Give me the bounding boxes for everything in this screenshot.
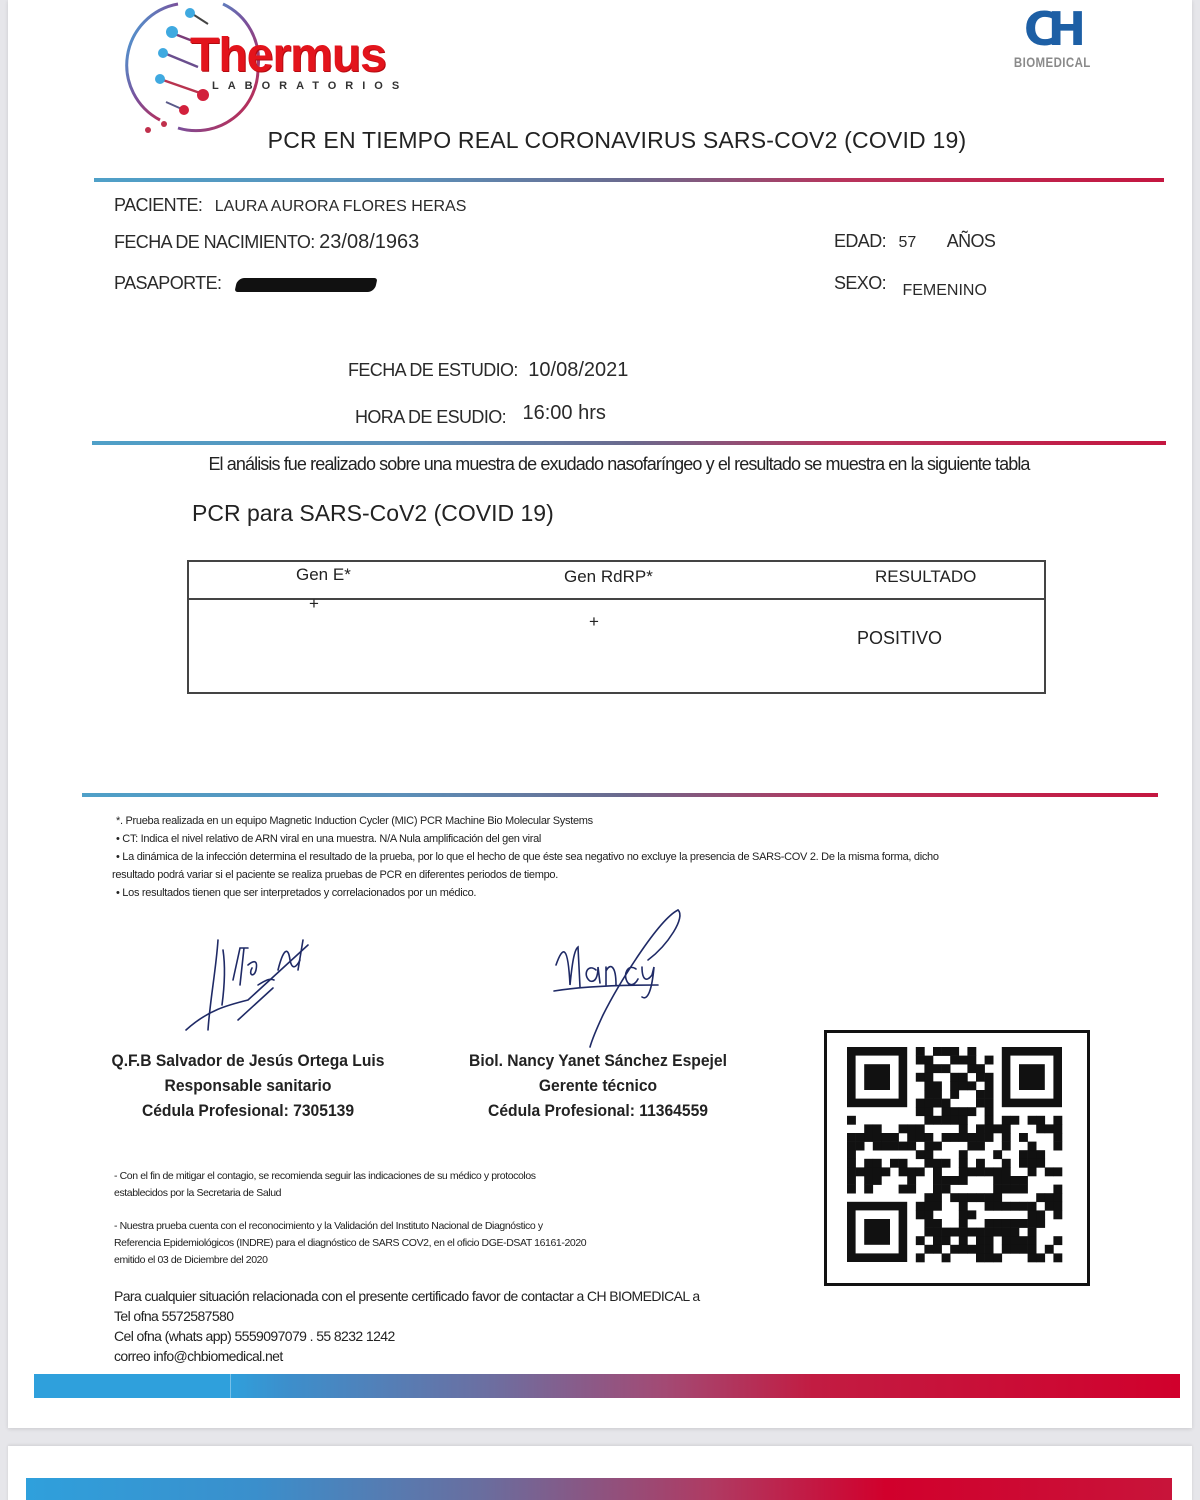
lab-subtitle: LABORATORIOS <box>212 80 408 92</box>
study-date-row: FECHA DE ESTUDIO: 10/08/2021 <box>348 359 628 382</box>
qr-code[interactable] <box>824 1030 1090 1286</box>
footnote: resultado podrá variar si el paciente se… <box>112 866 1106 884</box>
recommendation-line: - Con el fin de mitigar el contagio, se … <box>114 1168 694 1185</box>
footnote: • La dinámica de la infección determina … <box>116 848 1106 866</box>
ch-mark-icon: CH <box>1006 4 1094 54</box>
contact-cel: Cel ofna (whats app) 5559097079 . 55 823… <box>114 1326 700 1346</box>
signer-license: Cédula Profesional: 11364559 <box>451 1098 745 1123</box>
study-time: 16:00 hrs <box>523 402 606 424</box>
divider-line <box>92 441 1166 445</box>
result-table: Gen E* Gen RdRP* RESULTADO + + POSITIVO <box>187 560 1046 694</box>
lab-name: Thermus <box>190 28 386 83</box>
signer-role: Responsable sanitario <box>101 1073 395 1098</box>
column-header-gen-e: Gen E* <box>296 565 351 585</box>
study-time-row: HORA DE ESUDIO: 16:00 hrs <box>355 406 606 429</box>
passport-label: PASAPORTE: <box>114 273 221 293</box>
patient-name: LAURA AURORA FLORES HERAS <box>215 198 467 215</box>
passport-redacted <box>234 278 377 292</box>
age-row: EDAD: 57 AÑOS <box>834 231 995 252</box>
contact-intro: Para cualquier situación relacionada con… <box>114 1286 700 1306</box>
qr-code-icon <box>827 1033 1081 1277</box>
contact-info: Para cualquier situación relacionada con… <box>114 1286 700 1366</box>
recommendation-line: - Nuestra prueba cuenta con el reconocim… <box>114 1218 694 1235</box>
patient-name-row: PACIENTE: LAURA AURORA FLORES HERAS <box>114 195 466 216</box>
certificate-page: Thermus LABORATORIOS CH BIOMEDICAL PCR E… <box>8 0 1192 1428</box>
recommendation-line: Referencia Epidemiológicos (INDRE) para … <box>114 1235 694 1252</box>
column-header-resultado: RESULTADO <box>875 567 976 587</box>
study-date: 10/08/2021 <box>528 359 628 381</box>
recommendation-2: - Nuestra prueba cuenta con el reconocim… <box>114 1218 694 1269</box>
age-value: 57 <box>898 234 916 251</box>
age-unit: AÑOS <box>947 231 996 251</box>
dob-value: 23/08/1963 <box>319 231 419 253</box>
study-date-label: FECHA DE ESTUDIO: <box>348 360 518 380</box>
gen-e-value: + <box>309 594 319 614</box>
thermus-logo: Thermus LABORATORIOS <box>108 0 438 135</box>
footer-gradient-bar <box>34 1374 1180 1398</box>
recommendation-line: emitido el 03 de Diciembre del 2020 <box>114 1252 694 1269</box>
footnote: • CT: Indica el nivel relativo de ARN vi… <box>116 830 1106 848</box>
footnotes: *. Prueba realizada en un equipo Magneti… <box>116 812 1106 902</box>
recommendation-line: establecidos por la Secretaria de Salud <box>114 1185 694 1202</box>
signer-block-1: Q.F.B Salvador de Jesús Ortega Luis Resp… <box>101 1048 395 1123</box>
divider-line <box>94 178 1164 182</box>
next-page-gradient-bar <box>26 1478 1172 1500</box>
dob-label: FECHA DE NACIMIENTO: <box>114 232 315 252</box>
study-time-label: HORA DE ESUDIO: <box>355 407 506 427</box>
result-value: POSITIVO <box>857 628 942 649</box>
divider-line <box>82 793 1158 797</box>
signer-name: Biol. Nancy Yanet Sánchez Espejel <box>451 1048 745 1073</box>
signature-salvador-icon <box>178 930 318 1040</box>
footnote: *. Prueba realizada en un equipo Magneti… <box>116 812 1106 830</box>
age-label: EDAD: <box>834 231 886 251</box>
contact-email[interactable]: correo info@chbiomedical.net <box>114 1346 700 1366</box>
footnote: • Los resultados tienen que ser interpre… <box>116 884 1106 902</box>
analysis-intro: El análisis fue realizado sobre una mues… <box>8 454 1200 475</box>
signature-nancy-icon <box>548 905 688 1050</box>
signer-block-2: Biol. Nancy Yanet Sánchez Espejel Gerent… <box>451 1048 745 1123</box>
signer-role: Gerente técnico <box>451 1073 745 1098</box>
contact-tel: Tel ofna 5572587580 <box>114 1306 700 1326</box>
sex-label: SEXO: <box>834 273 886 293</box>
column-header-gen-rdrp: Gen RdRP* <box>564 567 653 587</box>
passport-row: PASAPORTE: <box>114 273 376 294</box>
gen-rdrp-value: + <box>589 612 599 632</box>
signer-name: Q.F.B Salvador de Jesús Ortega Luis <box>101 1048 395 1073</box>
patient-name-label: PACIENTE: <box>114 195 202 215</box>
partner-name: BIOMEDICAL <box>1014 54 1086 70</box>
pcr-heading: PCR para SARS-CoV2 (COVID 19) <box>192 500 554 527</box>
sex-value: FEMENINO <box>902 282 986 299</box>
sex-row: SEXO: FEMENINO <box>834 273 987 294</box>
recommendation-1: - Con el fin de mitigar el contagio, se … <box>114 1168 694 1202</box>
document-title: PCR EN TIEMPO REAL CORONAVIRUS SARS-COV2… <box>8 127 1200 154</box>
dob-row: FECHA DE NACIMIENTO: 23/08/1963 <box>114 231 419 254</box>
ch-biomedical-logo: CH BIOMEDICAL <box>1006 4 1094 76</box>
signer-license: Cédula Profesional: 7305139 <box>101 1098 395 1123</box>
